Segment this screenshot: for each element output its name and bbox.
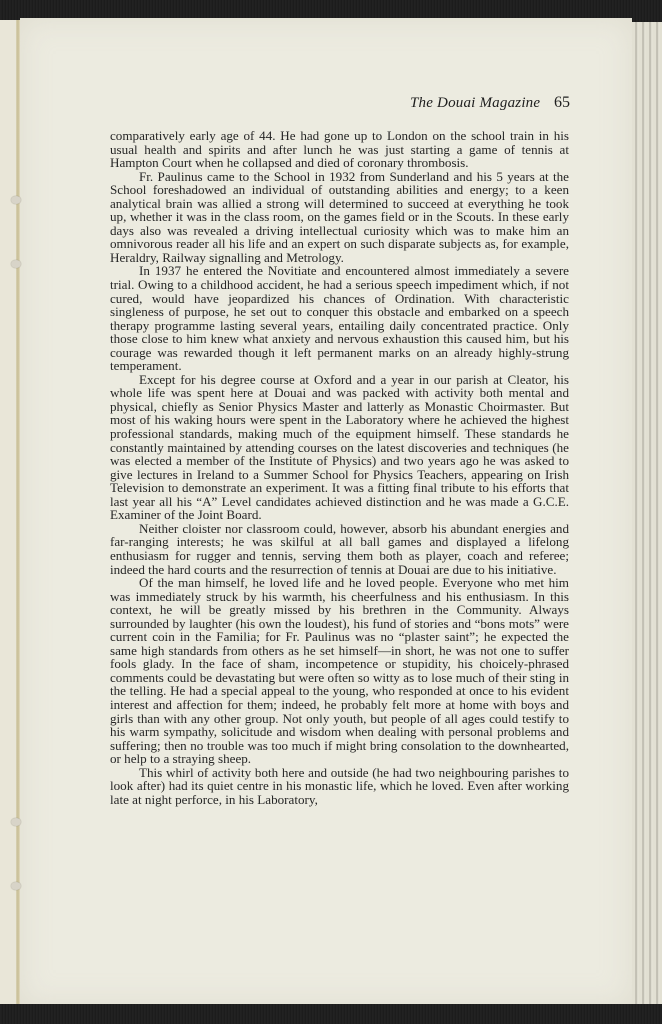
- paragraph-continuation: comparatively early age of 44. He had go…: [110, 129, 569, 170]
- paragraph-sports: Neither cloister nor classroom could, ho…: [110, 522, 569, 576]
- binding-stitch-icon: [11, 260, 21, 268]
- publication-title: The Douai Magazine: [410, 95, 540, 111]
- binding-gutter: [16, 20, 20, 1006]
- paragraph-monastic-life: This whirl of activity both here and out…: [110, 766, 569, 807]
- binding-stitch-icon: [11, 818, 21, 826]
- running-head: The Douai Magazine 65: [410, 94, 570, 112]
- article-body: comparatively early age of 44. He had go…: [110, 129, 569, 806]
- paragraph-novitiate: In 1937 he entered the Novitiate and enc…: [110, 264, 569, 372]
- page-number: 65: [554, 94, 570, 111]
- book-cover-bottom-edge: [0, 1004, 662, 1024]
- binding-stitch-icon: [11, 882, 21, 890]
- binding-stitch-icon: [11, 196, 21, 204]
- paragraph-career: Except for his degree course at Oxford a…: [110, 373, 569, 522]
- paragraph-character: Of the man himself, he loved life and he…: [110, 576, 569, 766]
- page-stack-edge: [632, 22, 662, 1006]
- paragraph-early-years: Fr. Paulinus came to the School in 1932 …: [110, 170, 569, 265]
